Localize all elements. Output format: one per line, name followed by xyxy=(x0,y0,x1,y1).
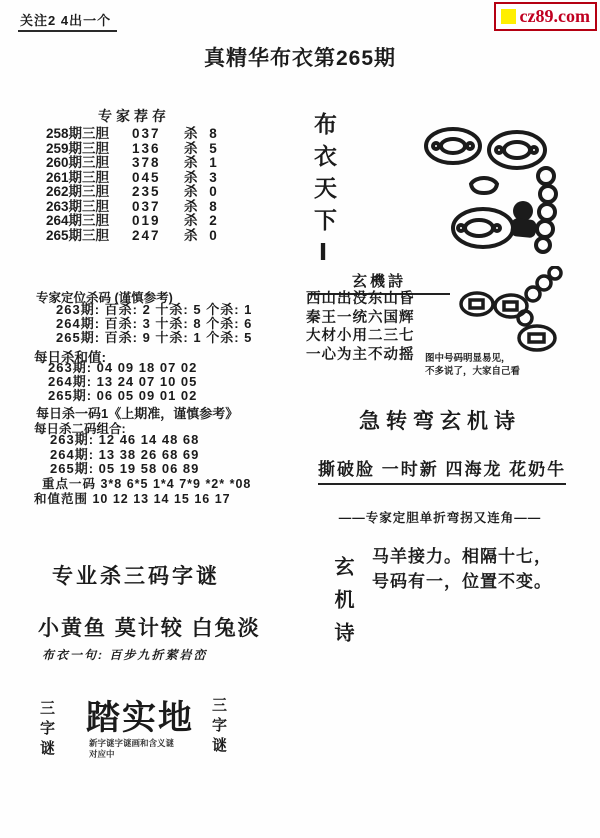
daily-kill-two-list: 263期: 12 46 14 48 68 264期: 13 38 26 68 6… xyxy=(50,433,199,477)
kill-three-line: 小黄鱼 莫计较 白兔淡 xyxy=(38,612,261,642)
list-item: 264期: 13 38 26 68 69 xyxy=(50,448,199,463)
list-item: 265期: 05 19 58 06 89 xyxy=(50,462,199,477)
list-item: 265期: 06 05 09 01 02 xyxy=(48,389,197,403)
sum-range-line: 和值范围 10 12 13 14 15 16 17 xyxy=(34,492,231,506)
poem-line: 秦王一统六国辉 xyxy=(306,309,415,328)
pick-dan: 235 xyxy=(132,185,184,200)
list-item: 265期: 百杀: 9 十杀: 1 个杀: 5 xyxy=(56,331,252,345)
table-row: 265期三胆 247 杀 0 xyxy=(46,229,221,244)
xuanji-shi-text: 马羊接力。相隔十七， 号码有一，位置不变。 xyxy=(372,544,552,594)
pick-kill: 杀 2 xyxy=(184,214,221,229)
sharp-turn-line: 撕破脸 一时新 四海龙 花奶牛 xyxy=(318,455,566,485)
pick-dan: 019 xyxy=(132,214,184,229)
coin-caption: 图中号码明显易见， 不多说了，大家自己看 xyxy=(425,352,520,378)
three-char-note: 新字谜字谜画和含义谜 对应中 xyxy=(89,738,174,760)
pick-kill: 杀 0 xyxy=(184,185,221,200)
buyi-tianxia-label: 布衣天下Ⅰ xyxy=(308,112,341,275)
pick-issue: 261期三胆 xyxy=(46,171,132,186)
pick-dan: 136 xyxy=(132,142,184,157)
pick-issue: 263期三胆 xyxy=(46,200,132,215)
pick-dan: 037 xyxy=(132,127,184,142)
list-item: 263期: 04 09 18 07 02 xyxy=(48,361,197,375)
ink-blob xyxy=(510,218,537,239)
lottery-tip-sheet: 关注2 4出一个 cz89.com 真精华布衣第265期 专家荐存 258期三胆… xyxy=(0,0,600,838)
pick-kill: 杀 0 xyxy=(184,229,221,244)
position-kill-list: 263期: 百杀: 2 十杀: 5 个杀: 1 264期: 百杀: 3 十杀: … xyxy=(56,303,252,345)
xuanji-line: 马羊接力。相隔十七， xyxy=(372,544,552,569)
xuanji-shi-label: 玄机诗 xyxy=(328,556,357,655)
pick-issue: 264期三胆 xyxy=(46,214,132,229)
poem-line: 西山出没东山昏 xyxy=(306,290,415,309)
expert-picks-heading: 专家荐存 xyxy=(98,106,170,126)
expert-picks-list: 258期三胆 037 杀 8 259期三胆 136 杀 5 260期三胆 378… xyxy=(46,127,221,243)
list-item: 264期: 百杀: 3 十杀: 8 个杀: 6 xyxy=(56,317,252,331)
buyi-sentence: 布衣一句: 百步九折萦岩峦 xyxy=(42,646,207,663)
three-char-answer: 踏实地 xyxy=(86,690,194,739)
pick-kill: 杀 1 xyxy=(184,156,221,171)
pick-kill: 杀 3 xyxy=(184,171,221,186)
table-row: 263期三胆 037 杀 8 xyxy=(46,200,221,215)
table-row: 264期三胆 019 杀 2 xyxy=(46,214,221,229)
key-one-line: 重点一码 3*8 6*5 1*4 7*9 *2* *08 xyxy=(42,477,251,491)
table-row: 260期三胆 378 杀 1 xyxy=(46,156,221,171)
note-line: 新字谜字谜画和含义谜 xyxy=(89,738,174,749)
pick-kill: 杀 5 xyxy=(184,142,221,157)
watch-note: 关注2 4出一个 xyxy=(18,10,117,32)
pick-dan: 045 xyxy=(132,171,184,186)
pick-issue: 260期三胆 xyxy=(46,156,132,171)
poem-line: 一心为主不动摇 xyxy=(306,346,415,365)
xuanji-line: 号码有一，位置不变。 xyxy=(372,569,552,594)
pick-dan: 037 xyxy=(132,200,184,215)
pick-issue: 258期三胆 xyxy=(46,127,132,142)
daily-kill-sum-list: 263期: 04 09 18 07 02 264期: 13 24 07 10 0… xyxy=(48,361,197,403)
site-domain[interactable]: cz89.com xyxy=(520,6,590,27)
kill-three-heading: 专业杀三码字谜 xyxy=(52,560,220,590)
caption-line: 图中号码明显易见， xyxy=(425,352,520,365)
pick-issue: 262期三胆 xyxy=(46,185,132,200)
pick-dan: 247 xyxy=(132,229,184,244)
note-line: 对应中 xyxy=(89,749,174,760)
list-item: 264期: 13 24 07 10 05 xyxy=(48,375,197,389)
table-row: 259期三胆 136 杀 5 xyxy=(46,142,221,157)
sharp-turn-heading: 急转弯玄机诗 xyxy=(300,405,580,435)
table-row: 258期三胆 037 杀 8 xyxy=(46,127,221,142)
pick-issue: 265期三胆 xyxy=(46,229,132,244)
caption-line: 不多说了，大家自己看 xyxy=(425,365,520,378)
pick-dan: 378 xyxy=(132,156,184,171)
table-row: 261期三胆 045 杀 3 xyxy=(46,171,221,186)
site-badge[interactable]: cz89.com xyxy=(494,2,597,31)
pick-kill: 杀 8 xyxy=(184,127,221,142)
pick-kill: 杀 8 xyxy=(184,200,221,215)
ink-blob xyxy=(513,201,533,221)
three-char-label-right: 三字谜 xyxy=(208,697,229,757)
list-item: 263期: 百杀: 2 十杀: 5 个杀: 1 xyxy=(56,303,252,317)
yellow-square-icon xyxy=(501,9,516,24)
three-char-label-left: 三字谜 xyxy=(36,700,57,760)
list-item: 263期: 12 46 14 48 68 xyxy=(50,433,199,448)
page-title: 真精华布衣第265期 xyxy=(0,42,600,72)
xuanji-poem: 西山出没东山昏 秦王一统六国辉 大材小用二三七 一心为主不动摇 xyxy=(306,290,415,364)
poem-line: 大材小用二三七 xyxy=(306,327,415,346)
coin-illustration-y xyxy=(455,266,567,354)
table-row: 262期三胆 235 杀 0 xyxy=(46,185,221,200)
coin-illustration-main xyxy=(413,118,558,258)
pick-issue: 259期三胆 xyxy=(46,142,132,157)
sharp-turn-subline: ——专家定胆单折弯拐又连角—— xyxy=(300,508,580,526)
